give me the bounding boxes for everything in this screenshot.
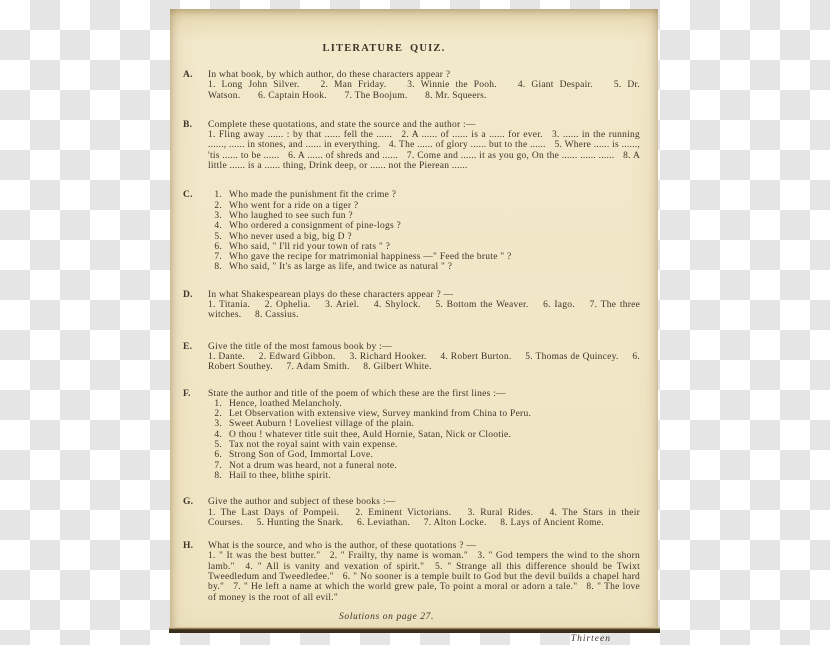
quiz-item: 2. A ...... of ...... is a ...... for ev… bbox=[401, 130, 542, 140]
section-a: A. In what book, by which author, do the… bbox=[183, 70, 640, 101]
quiz-line-text: Who made the punishment fit the crime ? bbox=[229, 190, 640, 200]
section-a-items: 1. Long John Silver. 2. Man Friday. 3. W… bbox=[208, 80, 640, 101]
quiz-line: 4. Who ordered a consignment of pine-log… bbox=[208, 221, 640, 231]
quiz-item: 6. Iago. bbox=[543, 300, 575, 310]
section-e-letter: E. bbox=[183, 342, 208, 373]
quiz-item: 5. Bottom the Weaver. bbox=[435, 300, 528, 310]
quiz-line-text: Who gave the recipe for matrimonial happ… bbox=[229, 252, 640, 262]
section-g-items: 1. The Last Days of Pompeii. 2. Eminent … bbox=[208, 508, 640, 529]
quiz-item: 1. " It was the best butter." bbox=[208, 551, 320, 561]
quiz-line: 8. Hail to thee, blithe spirit. bbox=[208, 471, 640, 481]
quiz-item: 7. Adam Smith. bbox=[287, 362, 350, 372]
quiz-item: 4. Giant Despair. bbox=[518, 80, 593, 90]
section-e-prompt: Give the title of the most famous book b… bbox=[208, 342, 640, 352]
quiz-line-number: 7. bbox=[208, 461, 222, 471]
quiz-item: 4. Robert Burton. bbox=[440, 352, 511, 362]
quiz-line-number: 8. bbox=[208, 262, 222, 272]
section-a-content: In what book, by which author, do these … bbox=[208, 70, 640, 101]
section-a-letter: A. bbox=[183, 70, 208, 101]
quiz-line-number: 7. bbox=[208, 252, 222, 262]
quiz-line: 3. Sweet Auburn ! Loveliest village of t… bbox=[208, 419, 640, 429]
quiz-line-number: 6. bbox=[208, 450, 222, 460]
quiz-line-text: Hail to thee, blithe spirit. bbox=[229, 471, 640, 481]
quiz-line-number: 2. bbox=[208, 201, 222, 211]
page-title: LITERATURE QUIZ. bbox=[170, 9, 658, 54]
quiz-item: 3. Ariel. bbox=[325, 300, 359, 310]
quiz-item: 4. " All is vanity and vexation of spiri… bbox=[245, 562, 424, 572]
quiz-line-text: O thou ! whatever title suit thee, Auld … bbox=[229, 430, 640, 440]
quiz-line-text: Who said, " I'll rid your town of rats "… bbox=[229, 242, 640, 252]
section-d-items: 1. Titania. 2. Ophelia. 3. Ariel. 4. Shy… bbox=[208, 300, 640, 321]
quiz-line: 2. Let Observation with extensive view, … bbox=[208, 409, 640, 419]
section-e-items: 1. Dante. 2. Edward Gibbon. 3. Richard H… bbox=[208, 352, 640, 373]
section-b-prompt: Complete these quotations, and state the… bbox=[208, 120, 640, 130]
section-c: C. 1. Who made the punishment fit the cr… bbox=[183, 190, 640, 272]
quiz-page: LITERATURE QUIZ. A. In what book, by whi… bbox=[170, 9, 658, 633]
quiz-line-text: Let Observation with extensive view, Sur… bbox=[229, 409, 640, 419]
quiz-item: 3. Winnie the Pooh. bbox=[407, 80, 497, 90]
quiz-item: 3. Richard Hooker. bbox=[349, 352, 426, 362]
quiz-item: 7. Alton Locke. bbox=[424, 518, 487, 528]
quiz-line-number: 2. bbox=[208, 409, 222, 419]
section-b-content: Complete these quotations, and state the… bbox=[208, 120, 640, 171]
quiz-item: 2. Eminent Victorians. bbox=[355, 508, 451, 518]
quiz-line-number: 6. bbox=[208, 242, 222, 252]
section-h-prompt: What is the source, and who is the autho… bbox=[208, 541, 640, 551]
section-f-letter: F. bbox=[183, 389, 208, 482]
quiz-line: 5. Tax not the royal saint with vain exp… bbox=[208, 440, 640, 450]
quiz-line: 5. Who never used a big, big D ? bbox=[208, 232, 640, 242]
quiz-item: 8. Mr. Squeers. bbox=[425, 91, 487, 101]
quiz-line-text: Tax not the royal saint with vain expens… bbox=[229, 440, 640, 450]
quiz-line-number: 3. bbox=[208, 211, 222, 221]
quiz-item: 1. Titania. bbox=[208, 300, 250, 310]
quiz-item: 2. Ophelia. bbox=[265, 300, 311, 310]
quiz-line-number: 1. bbox=[208, 399, 222, 409]
quiz-item: 1. Long John Silver. bbox=[208, 80, 300, 90]
section-d: D. In what Shakespearean plays do these … bbox=[183, 290, 640, 321]
quiz-item: 4. The ...... of glory ...... but to the… bbox=[389, 140, 546, 150]
quiz-item: 7. The Boojum. bbox=[345, 91, 408, 101]
quiz-line-text: Who went for a ride on a tiger ? bbox=[229, 201, 640, 211]
quiz-line-number: 4. bbox=[208, 221, 222, 231]
quiz-line-text: Sweet Auburn ! Loveliest village of the … bbox=[229, 419, 640, 429]
quiz-line: 1. Hence, loathed Melancholy. bbox=[208, 399, 640, 409]
section-f-content: State the author and title of the poem o… bbox=[208, 389, 640, 482]
section-g-content: Give the author and subject of these boo… bbox=[208, 497, 640, 528]
quiz-line: 8. Who said, " It's as large as life, an… bbox=[208, 262, 640, 272]
section-e: E. Give the title of the most famous boo… bbox=[183, 342, 640, 373]
quiz-item: 2. Man Friday. bbox=[320, 80, 386, 90]
quiz-item: 1. Dante. bbox=[208, 352, 245, 362]
quiz-item: 1. Fling away ...... : by that ...... fe… bbox=[208, 130, 392, 140]
quiz-item: 5. Thomas de Quincey. bbox=[525, 352, 618, 362]
quiz-line-number: 1. bbox=[208, 190, 222, 200]
quiz-line: 4. O thou ! whatever title suit thee, Au… bbox=[208, 430, 640, 440]
quiz-sections: A. In what book, by which author, do the… bbox=[170, 70, 658, 603]
quiz-item: 5. Hunting the Snark. bbox=[257, 518, 344, 528]
quiz-item: 7. " He left a name at which the world g… bbox=[233, 582, 577, 592]
quiz-item: 8. Gilbert White. bbox=[363, 362, 431, 372]
quiz-line: 7. Not a drum was heard, not a funeral n… bbox=[208, 461, 640, 471]
quiz-item: 8. Cassius. bbox=[255, 310, 299, 320]
quiz-line-text: Hence, loathed Melancholy. bbox=[229, 399, 640, 409]
section-f: F. State the author and title of the poe… bbox=[183, 389, 640, 482]
section-d-content: In what Shakespearean plays do these cha… bbox=[208, 290, 640, 321]
quiz-line: 6. Who said, " I'll rid your town of rat… bbox=[208, 242, 640, 252]
quiz-line-text: Who laughed to see such fun ? bbox=[229, 211, 640, 221]
quiz-line-text: Not a drum was heard, not a funeral note… bbox=[229, 461, 640, 471]
quiz-item: 4. Shylock. bbox=[374, 300, 421, 310]
section-h-content: What is the source, and who is the autho… bbox=[208, 541, 640, 603]
quiz-line-text: Strong Son of God, Immortal Love. bbox=[229, 450, 640, 460]
quiz-line: 6. Strong Son of God, Immortal Love. bbox=[208, 450, 640, 460]
section-h-letter: H. bbox=[183, 541, 208, 603]
solutions-note: Solutions on page 27. bbox=[170, 612, 658, 622]
section-b-letter: B. bbox=[183, 120, 208, 171]
quiz-line-number: 5. bbox=[208, 232, 222, 242]
quiz-line-number: 3. bbox=[208, 419, 222, 429]
quiz-line-text: Who ordered a consignment of pine-logs ? bbox=[229, 221, 640, 231]
page-number: Thirteen bbox=[170, 634, 611, 644]
section-b: B. Complete these quotations, and state … bbox=[183, 120, 640, 171]
quiz-line: 2. Who went for a ride on a tiger ? bbox=[208, 201, 640, 211]
quiz-line-text: Who never used a big, big D ? bbox=[229, 232, 640, 242]
quiz-line-number: 8. bbox=[208, 471, 222, 481]
section-e-content: Give the title of the most famous book b… bbox=[208, 342, 640, 373]
section-a-prompt: In what book, by which author, do these … bbox=[208, 70, 640, 80]
section-d-prompt: In what Shakespearean plays do these cha… bbox=[208, 290, 640, 300]
quiz-line: 3. Who laughed to see such fun ? bbox=[208, 211, 640, 221]
section-g-letter: G. bbox=[183, 497, 208, 528]
section-g: G. Give the author and subject of these … bbox=[183, 497, 640, 528]
quiz-line: 7. Who gave the recipe for matrimonial h… bbox=[208, 252, 640, 262]
section-c-content: 1. Who made the punishment fit the crime… bbox=[208, 190, 640, 272]
quiz-line-text: Who said, " It's as large as life, and t… bbox=[229, 262, 640, 272]
quiz-item: 3. Rural Rides. bbox=[467, 508, 533, 518]
quiz-item: 2. Edward Gibbon. bbox=[259, 352, 336, 362]
section-d-letter: D. bbox=[183, 290, 208, 321]
section-h-items: 1. " It was the best butter." 2. " Frail… bbox=[208, 551, 640, 602]
quiz-item: 1. The Last Days of Pompeii. bbox=[208, 508, 339, 518]
transparency-checkerboard: LITERATURE QUIZ. A. In what book, by whi… bbox=[0, 0, 830, 645]
section-f-prompt: State the author and title of the poem o… bbox=[208, 389, 640, 399]
quiz-item: 6. Captain Hook. bbox=[258, 91, 327, 101]
quiz-line-number: 4. bbox=[208, 430, 222, 440]
quiz-line: 1. Who made the punishment fit the crime… bbox=[208, 190, 640, 200]
section-c-letter: C. bbox=[183, 190, 208, 272]
quiz-line-number: 5. bbox=[208, 440, 222, 450]
quiz-item: 6. Leviathan. bbox=[357, 518, 410, 528]
quiz-item: 8. Lays of Ancient Rome. bbox=[500, 518, 604, 528]
quiz-item: 7. Come and ...... it as you go, On the … bbox=[407, 151, 615, 161]
section-b-items: 1. Fling away ...... : by that ...... fe… bbox=[208, 130, 640, 171]
quiz-item: 2. " Frailty, thy name is woman." bbox=[330, 551, 468, 561]
section-g-prompt: Give the author and subject of these boo… bbox=[208, 497, 640, 507]
section-h: H. What is the source, and who is the au… bbox=[183, 541, 640, 603]
quiz-item: 6. A ...... of shreds and ...... bbox=[288, 151, 398, 161]
